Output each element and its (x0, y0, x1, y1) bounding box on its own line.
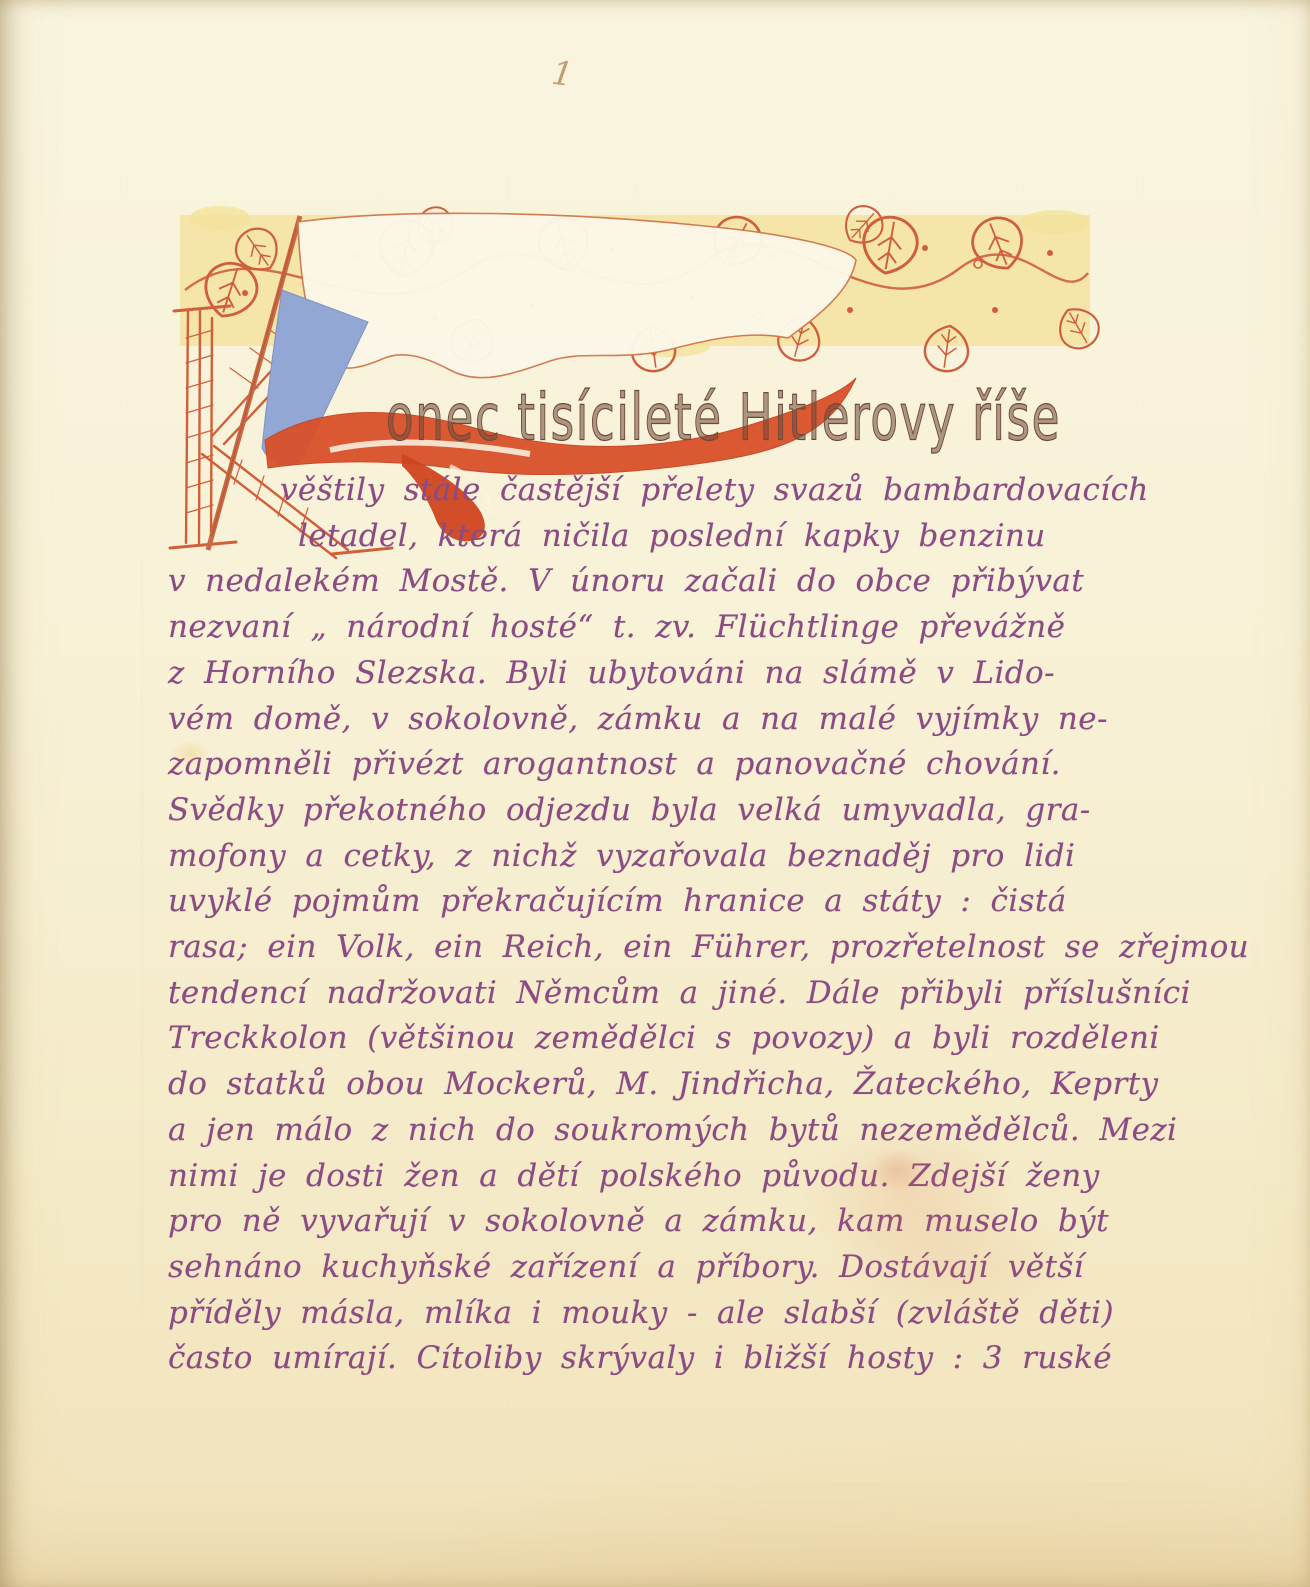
handwritten-line: uvyklé pojmům překračujícím hranice a st… (168, 879, 1120, 925)
handwritten-line: nezvaní „ národní hosté“ t. zv. Flüchtli… (168, 605, 1120, 651)
handwritten-line: z Horního Slezska. Byli ubytováni na slá… (168, 651, 1120, 697)
handwritten-line: a jen málo z nich do soukromých bytů nez… (168, 1108, 1120, 1154)
handwritten-line: Treckkolon (většinou zemědělci s povozy)… (168, 1016, 1120, 1062)
handwritten-line: vém domě, v sokolovně, zámku a na malé v… (168, 697, 1120, 743)
handwritten-line: rasa; ein Volk, ein Reich, ein Führer, p… (168, 925, 1120, 971)
handwritten-line: do statků obou Mockerů, M. Jindřicha, Ža… (168, 1062, 1120, 1108)
handwritten-line: zapomněli přivézt arogantnost a panovačn… (168, 742, 1120, 788)
handwritten-line: nimi je dosti žen a dětí polského původu… (168, 1154, 1120, 1200)
document-page: 1 (0, 0, 1310, 1587)
handwritten-line: sehnáno kuchyňské zařízení a příbory. Do… (168, 1245, 1120, 1291)
handwritten-line: tendencí nadržovati Němcům a jiné. Dále … (168, 971, 1120, 1017)
handwritten-line: Svědky překotného odjezdu byla velká umy… (168, 788, 1120, 834)
handwritten-line: letadel, která ničila poslední kapky ben… (168, 514, 1120, 560)
handwritten-text: věštily stále častější přelety svazů bam… (168, 468, 1120, 1382)
page-number: 1 (549, 53, 575, 95)
handwritten-line: často umírají. Cítoliby skrývaly i bližš… (168, 1336, 1120, 1382)
handwritten-line: mofony a cetky, z nichž vyzařovala bezna… (168, 834, 1120, 880)
handwritten-line: v nedalekém Mostě. V únoru začali do obc… (168, 559, 1120, 605)
handwritten-line: pro ně vyvařují v sokolovně a zámku, kam… (168, 1199, 1120, 1245)
handwritten-line: věštily stále častější přelety svazů bam… (168, 468, 1120, 514)
paper-crease (141, 560, 144, 1320)
handwritten-line: příděly másla, mlíka i mouky - ale slabš… (168, 1291, 1120, 1337)
chapter-title: onec tisícileté Hitlerovy říše (386, 380, 1061, 455)
